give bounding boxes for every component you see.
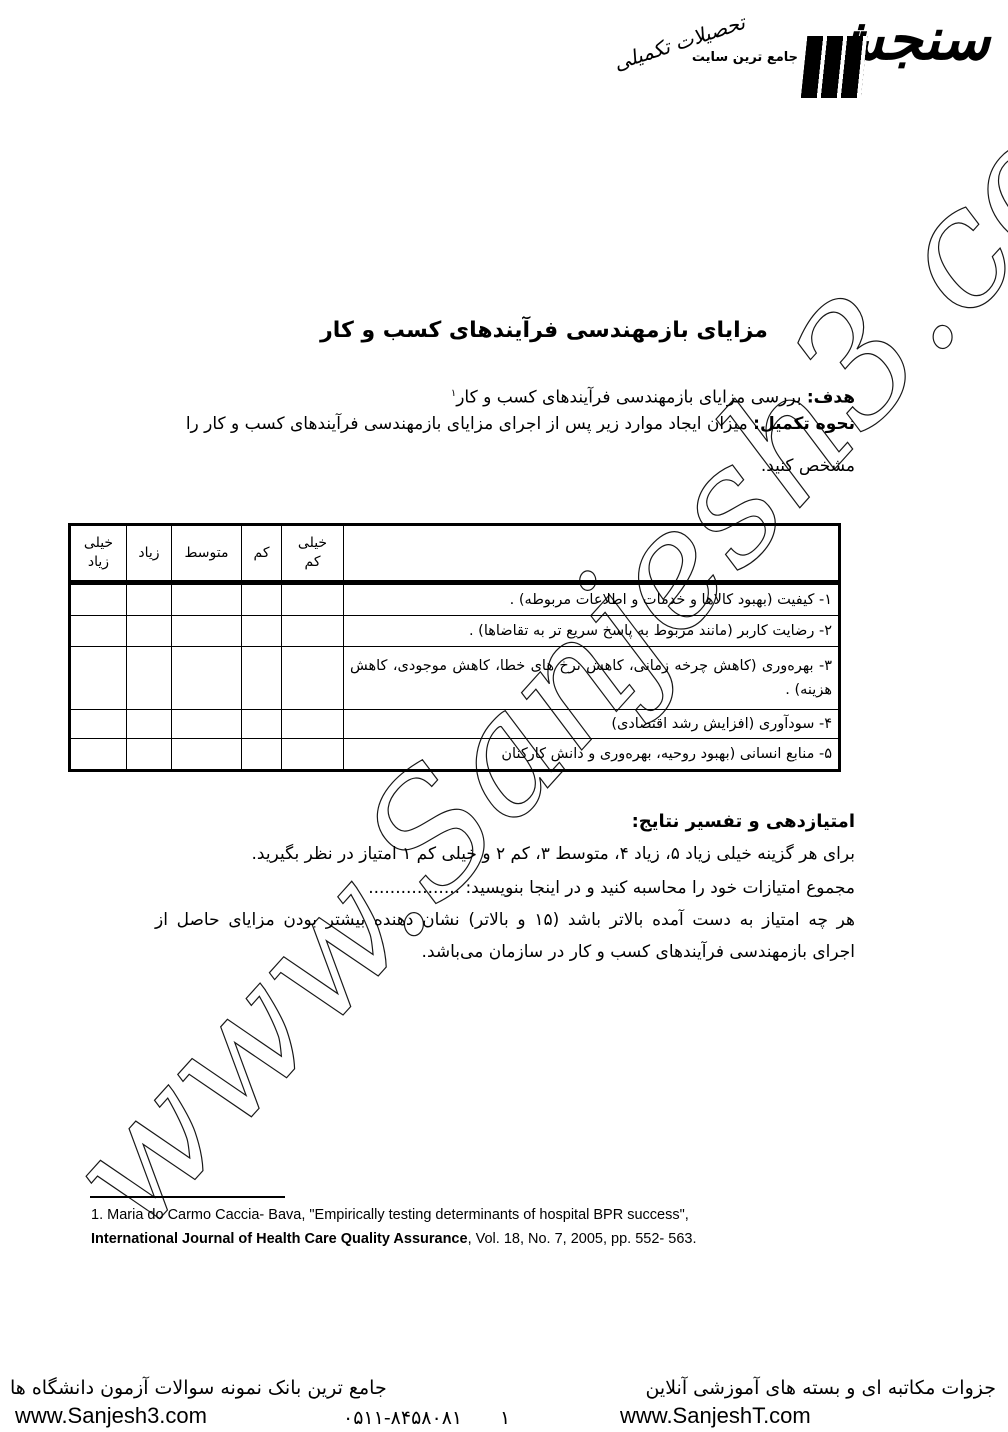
goal-line: هدف: بررسی مزایای بازمهندسی فرآیندهای کس… (451, 380, 855, 412)
footnote-divider (90, 1196, 285, 1198)
table-header-row: خیلیزیاد زیاد متوسط کم خیلیکم (71, 526, 839, 583)
table-row: ۵- منابع انسانی (بهبود روحیه، بهره‌وری و… (71, 739, 839, 770)
cell-high[interactable] (127, 583, 172, 616)
cell-very-low[interactable] (282, 583, 344, 616)
cell-very-high[interactable] (71, 710, 127, 739)
item-label: ۱- کیفیت (بهبود کالاها و خدمات و اطلاعات… (344, 583, 839, 616)
howto-continuation: مشخص کنید. (761, 452, 855, 480)
col-very-low: خیلیکم (282, 526, 344, 583)
cell-low[interactable] (242, 647, 282, 710)
cell-very-low[interactable] (282, 710, 344, 739)
cell-very-low[interactable] (282, 647, 344, 710)
col-high: زیاد (127, 526, 172, 583)
footnote-text: Maria do Carmo Caccia- Bava, "Empiricall… (107, 1207, 689, 1223)
cell-very-high[interactable] (71, 647, 127, 710)
cell-low[interactable] (242, 583, 282, 616)
cell-medium[interactable] (172, 710, 242, 739)
howto-text: میزان ایجاد موارد زیر پس از اجرای مزایای… (186, 414, 748, 434)
item-label: ۳- بهره‌وری (کاهش چرخه زمانی، کاهش نرخ ه… (344, 647, 839, 710)
table-row: ۳- بهره‌وری (کاهش چرخه زمانی، کاهش نرخ ه… (71, 647, 839, 710)
logo: سنجش جامع ترین سایت تحصیلات تکمیلی (600, 10, 990, 100)
cell-low[interactable] (242, 739, 282, 770)
logo-bars-icon (801, 36, 868, 98)
cell-medium[interactable] (172, 583, 242, 616)
cell-medium[interactable] (172, 616, 242, 647)
howto-line: نحوه تکمیل: میزان ایجاد موارد زیر پس از … (65, 410, 855, 438)
goal-label: هدف: (807, 388, 855, 408)
goal-text: بررسی مزایای بازمهندسی فرآیندهای کسب و ک… (456, 388, 801, 408)
footnote: 1. Maria do Carmo Caccia- Bava, "Empiric… (91, 1203, 851, 1251)
cell-medium[interactable] (172, 647, 242, 710)
item-label: ۵- منابع انسانی (بهبود روحیه، بهره‌وری و… (344, 739, 839, 770)
cell-very-low[interactable] (282, 616, 344, 647)
cell-very-low[interactable] (282, 739, 344, 770)
cell-high[interactable] (127, 647, 172, 710)
col-medium: متوسط (172, 526, 242, 583)
cell-medium[interactable] (172, 739, 242, 770)
scoring-line-2: مجموع امتیازات خود را محاسبه کنید و در ا… (368, 874, 855, 902)
logo-tagline: جامع ترین سایت (692, 50, 798, 65)
col-low: کم (242, 526, 282, 583)
cell-very-high[interactable] (71, 583, 127, 616)
footnote-journal: International Journal of Health Care Qua… (91, 1231, 468, 1247)
cell-high[interactable] (127, 710, 172, 739)
howto-label: نحوه تکمیل: (753, 414, 855, 434)
footer-left-link[interactable]: www.Sanjesh3.com (15, 1402, 207, 1430)
table-row: ۲- رضایت کاربر (مانند مربوط به پاسخ سریع… (71, 616, 839, 647)
rating-table: خیلیزیاد زیاد متوسط کم خیلیکم ۱- کیفیت (… (70, 525, 839, 770)
table-row: ۱- کیفیت (بهبود کالاها و خدمات و اطلاعات… (71, 583, 839, 616)
cell-low[interactable] (242, 616, 282, 647)
cell-very-high[interactable] (71, 616, 127, 647)
col-item (344, 526, 839, 583)
scoring-line-3: هر چه امتیاز به دست آمده بالاتر باشد (۱۵… (155, 906, 855, 934)
col-very-high: خیلیزیاد (71, 526, 127, 583)
cell-very-high[interactable] (71, 739, 127, 770)
scoring-line-4: اجرای بازمهندسی فرآیندهای کسب و کار در س… (422, 938, 855, 966)
cell-high[interactable] (127, 616, 172, 647)
scoring-title: امتیازدهی و تفسیر نتایج: (632, 808, 855, 836)
page-number: ۱ (500, 1404, 510, 1432)
scoring-line-1: برای هر گزینه خیلی زیاد ۵، زیاد ۴، متوسط… (252, 840, 856, 868)
footnote-number: 1. (91, 1207, 103, 1223)
item-label: ۲- رضایت کاربر (مانند مربوط به پاسخ سریع… (344, 616, 839, 647)
cell-high[interactable] (127, 739, 172, 770)
footer-right-link[interactable]: www.SanjeshT.com (620, 1402, 811, 1430)
footer-left-text: جامع ترین بانک نمونه سوالات آزمون دانشگا… (10, 1374, 387, 1402)
cell-low[interactable] (242, 710, 282, 739)
table-row: ۴- سودآوری (افزایش رشد اقتصادی) (71, 710, 839, 739)
logo-script: تحصیلات تکمیلی (610, 10, 747, 75)
footnote-details: , Vol. 18, No. 7, 2005, pp. 552- 563. (468, 1231, 697, 1247)
item-label: ۴- سودآوری (افزایش رشد اقتصادی) (344, 710, 839, 739)
page-title: مزایای بازمهندسی فرآیندهای کسب و کار (0, 318, 1008, 343)
footer-right-text: جزوات مکاتبه ای و بسته های آموزشی آنلاین (645, 1374, 996, 1402)
footer-phone: ۰۵۱۱-۸۴۵۸۰۸۱ (343, 1404, 462, 1432)
